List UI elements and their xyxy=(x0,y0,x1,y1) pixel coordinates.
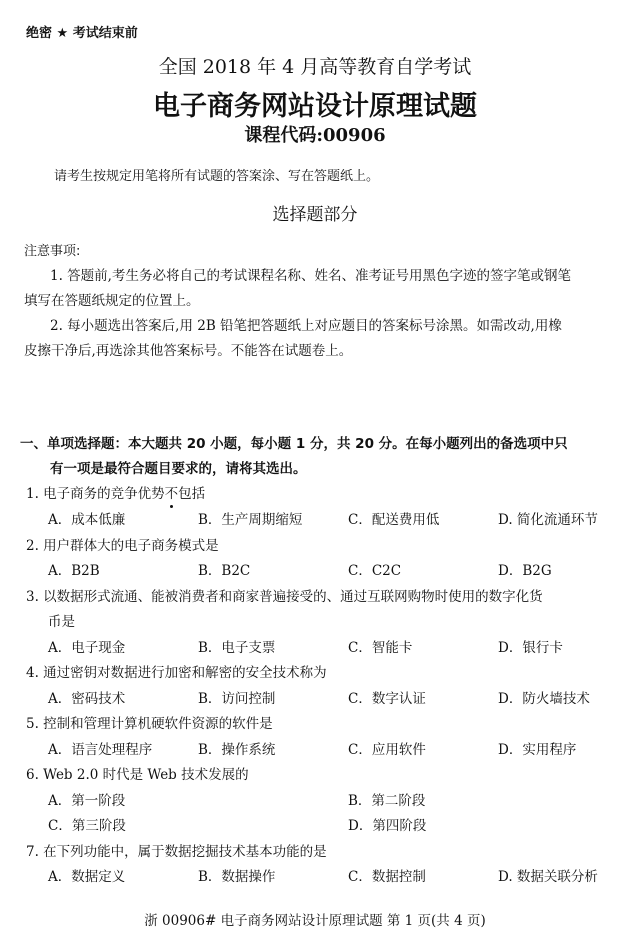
question-7-option-c: C．数据控制 xyxy=(348,865,426,885)
question-5-option-c: C．应用软件 xyxy=(348,738,426,758)
question-3-option-b: B．电子支票 xyxy=(198,636,275,656)
question-7-stem: 7. 在下列功能中，属于数据挖掘技术基本功能的是 xyxy=(26,840,327,860)
question-1-stem-pre: 1. 电子商务的竞争优势 xyxy=(26,486,165,502)
confidential-label: 绝密 ★ 考试结束前 xyxy=(26,22,138,41)
question-3-stem-line2: 币是 xyxy=(48,610,75,630)
instruction-text: 请考生按规定用笔将所有试题的答案涂、写在答题纸上。 xyxy=(54,165,379,184)
question-5-option-b: B．操作系统 xyxy=(198,738,275,758)
question-1-option-a: A．成本低廉 xyxy=(48,508,125,528)
notice-heading: 注意事项: xyxy=(24,240,80,259)
paper-title: 电子商务网站设计原理试题 xyxy=(0,84,630,123)
question-4-option-b: B．访问控制 xyxy=(198,687,275,707)
exam-title: 全国 2018 年 4 月高等教育自学考试 xyxy=(0,52,630,79)
question-1-stem: 1. 电子商务的竞争优势不包括 xyxy=(26,482,205,502)
notice-item-1-line2: 填写在答题纸规定的位置上。 xyxy=(24,289,200,309)
question-6-option-d: D．第四阶段 xyxy=(348,814,426,834)
question-6-option-b: B．第二阶段 xyxy=(348,789,425,809)
question-7-option-b: B．数据操作 xyxy=(198,865,275,885)
question-3-option-c: C．智能卡 xyxy=(348,636,412,656)
question-1-option-c: C．配送费用低 xyxy=(348,508,439,528)
question-6-option-c: C．第三阶段 xyxy=(48,814,126,834)
notice-item-2-line1: 2. 每小题选出答案后,用 2B 铅笔把答题纸上对应题目的答案标号涂黑。如需改动… xyxy=(50,314,562,334)
question-2-option-c: C．C2C xyxy=(348,559,401,579)
question-4-option-d: D．防火墙技术 xyxy=(498,687,590,707)
question-3-option-a: A．电子现金 xyxy=(48,636,125,656)
question-5-option-d: D．实用程序 xyxy=(498,738,576,758)
question-3-option-d: D．银行卡 xyxy=(498,636,563,656)
question-4-option-c: C．数字认证 xyxy=(348,687,426,707)
question-6-stem: 6. Web 2.0 时代是 Web 技术发展的 xyxy=(26,763,249,783)
question-5-option-a: A．语言处理程序 xyxy=(48,738,152,758)
question-4-stem: 4. 通过密钥对数据进行加密和解密的安全技术称为 xyxy=(26,661,327,681)
question-2-option-a: A．B2B xyxy=(48,559,100,579)
question-1-emphasis: 不 xyxy=(165,486,179,502)
question-2-option-d: D．B2G xyxy=(498,559,552,579)
question-5-stem: 5. 控制和管理计算机硬软件资源的软件是 xyxy=(26,712,273,732)
section-heading-line2: 有一项是最符合题目要求的，请将其选出。 xyxy=(50,457,307,477)
question-4-option-a: A．密码技术 xyxy=(48,687,125,707)
question-2-option-b: B．B2C xyxy=(198,559,250,579)
notice-item-1-line1: 1. 答题前,考生务必将自己的考试课程名称、姓名、准考证号用黑色字迹的签字笔或钢… xyxy=(50,264,571,284)
question-1-stem-post: 包括 xyxy=(178,486,205,502)
question-1-option-b: B．生产周期缩短 xyxy=(198,508,302,528)
notice-item-2-line2: 皮擦干净后,再选涂其他答案标号。不能答在试题卷上。 xyxy=(24,339,352,359)
question-7-option-d: D. 数据关联分析 xyxy=(498,865,598,885)
part-title: 选择题部分 xyxy=(0,200,630,225)
section-heading-line1: 一、单项选择题：本大题共 20 小题，每小题 1 分，共 20 分。在每小题列出… xyxy=(20,432,568,452)
question-7-option-a: A．数据定义 xyxy=(48,865,125,885)
course-code: 课程代码:00906 xyxy=(0,121,630,147)
question-2-stem: 2. 用户群体大的电子商务模式是 xyxy=(26,534,219,554)
question-6-option-a: A．第一阶段 xyxy=(48,789,125,809)
page-footer: 浙 00906# 电子商务网站设计原理试题 第 1 页(共 4 页) xyxy=(0,909,630,929)
question-3-stem: 3. 以数据形式流通、能被消费者和商家普遍接受的、通过互联网购物时使用的数字化货 xyxy=(26,585,543,605)
question-1-option-d: D. 简化流通环节 xyxy=(498,508,598,528)
